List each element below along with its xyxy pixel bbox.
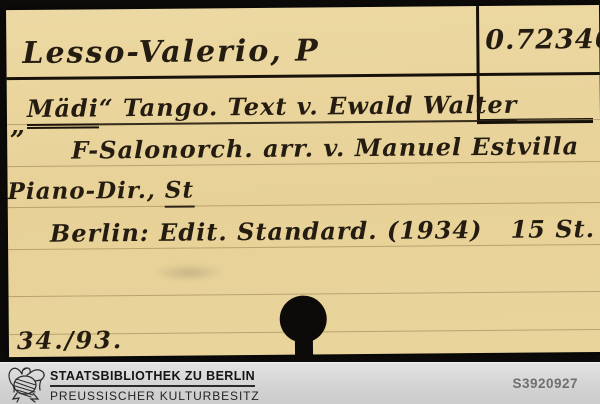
library-subtitle: PREUSSISCHER KULTURBESITZ <box>50 389 260 403</box>
library-footer-bar: STAATSBIBLIOTHEK ZU BERLIN PREUSSISCHER … <box>0 362 600 404</box>
title-statement: “ Tango. Text v. Ewald Walter <box>99 90 518 126</box>
library-name: STAATSBIBLIOTHEK ZU BERLIN <box>50 369 260 383</box>
prussian-eagle-icon <box>5 365 47 403</box>
title-opening-quote: „ <box>10 113 26 139</box>
publication-line: Berlin: Edit. Standard. (1934) 15 St. <box>50 214 595 249</box>
format-label: Piano-Dir., <box>7 177 164 205</box>
author-heading: Lesso-Valerio, P <box>22 33 320 72</box>
library-name-block: STAATSBIBLIOTHEK ZU BERLIN PREUSSISCHER … <box>50 369 260 403</box>
library-name-divider <box>50 385 255 387</box>
pencil-smudge <box>153 263 225 282</box>
title-word-underlined: Mädi <box>27 93 99 129</box>
punch-hole-slot <box>295 330 313 360</box>
catalog-card: Lesso-Valerio, P 0.72346 „ Mädi“ Tango. … <box>6 5 600 357</box>
format-st-underlined: St <box>165 176 195 208</box>
title-line: Mädi“ Tango. Text v. Ewald Walter <box>27 90 518 129</box>
catalog-card-scan: Lesso-Valerio, P 0.72346 „ Mädi“ Tango. … <box>0 0 600 404</box>
header-rule <box>7 72 600 80</box>
call-number: 0.72346 <box>485 23 600 58</box>
shelf-note: 34./93. <box>17 325 124 356</box>
scan-id: S3920927 <box>512 376 578 391</box>
format-line: Piano-Dir., St <box>7 176 194 210</box>
orchestration-line: F-Salonorch. arr. v. Manuel Estvilla <box>71 131 579 165</box>
